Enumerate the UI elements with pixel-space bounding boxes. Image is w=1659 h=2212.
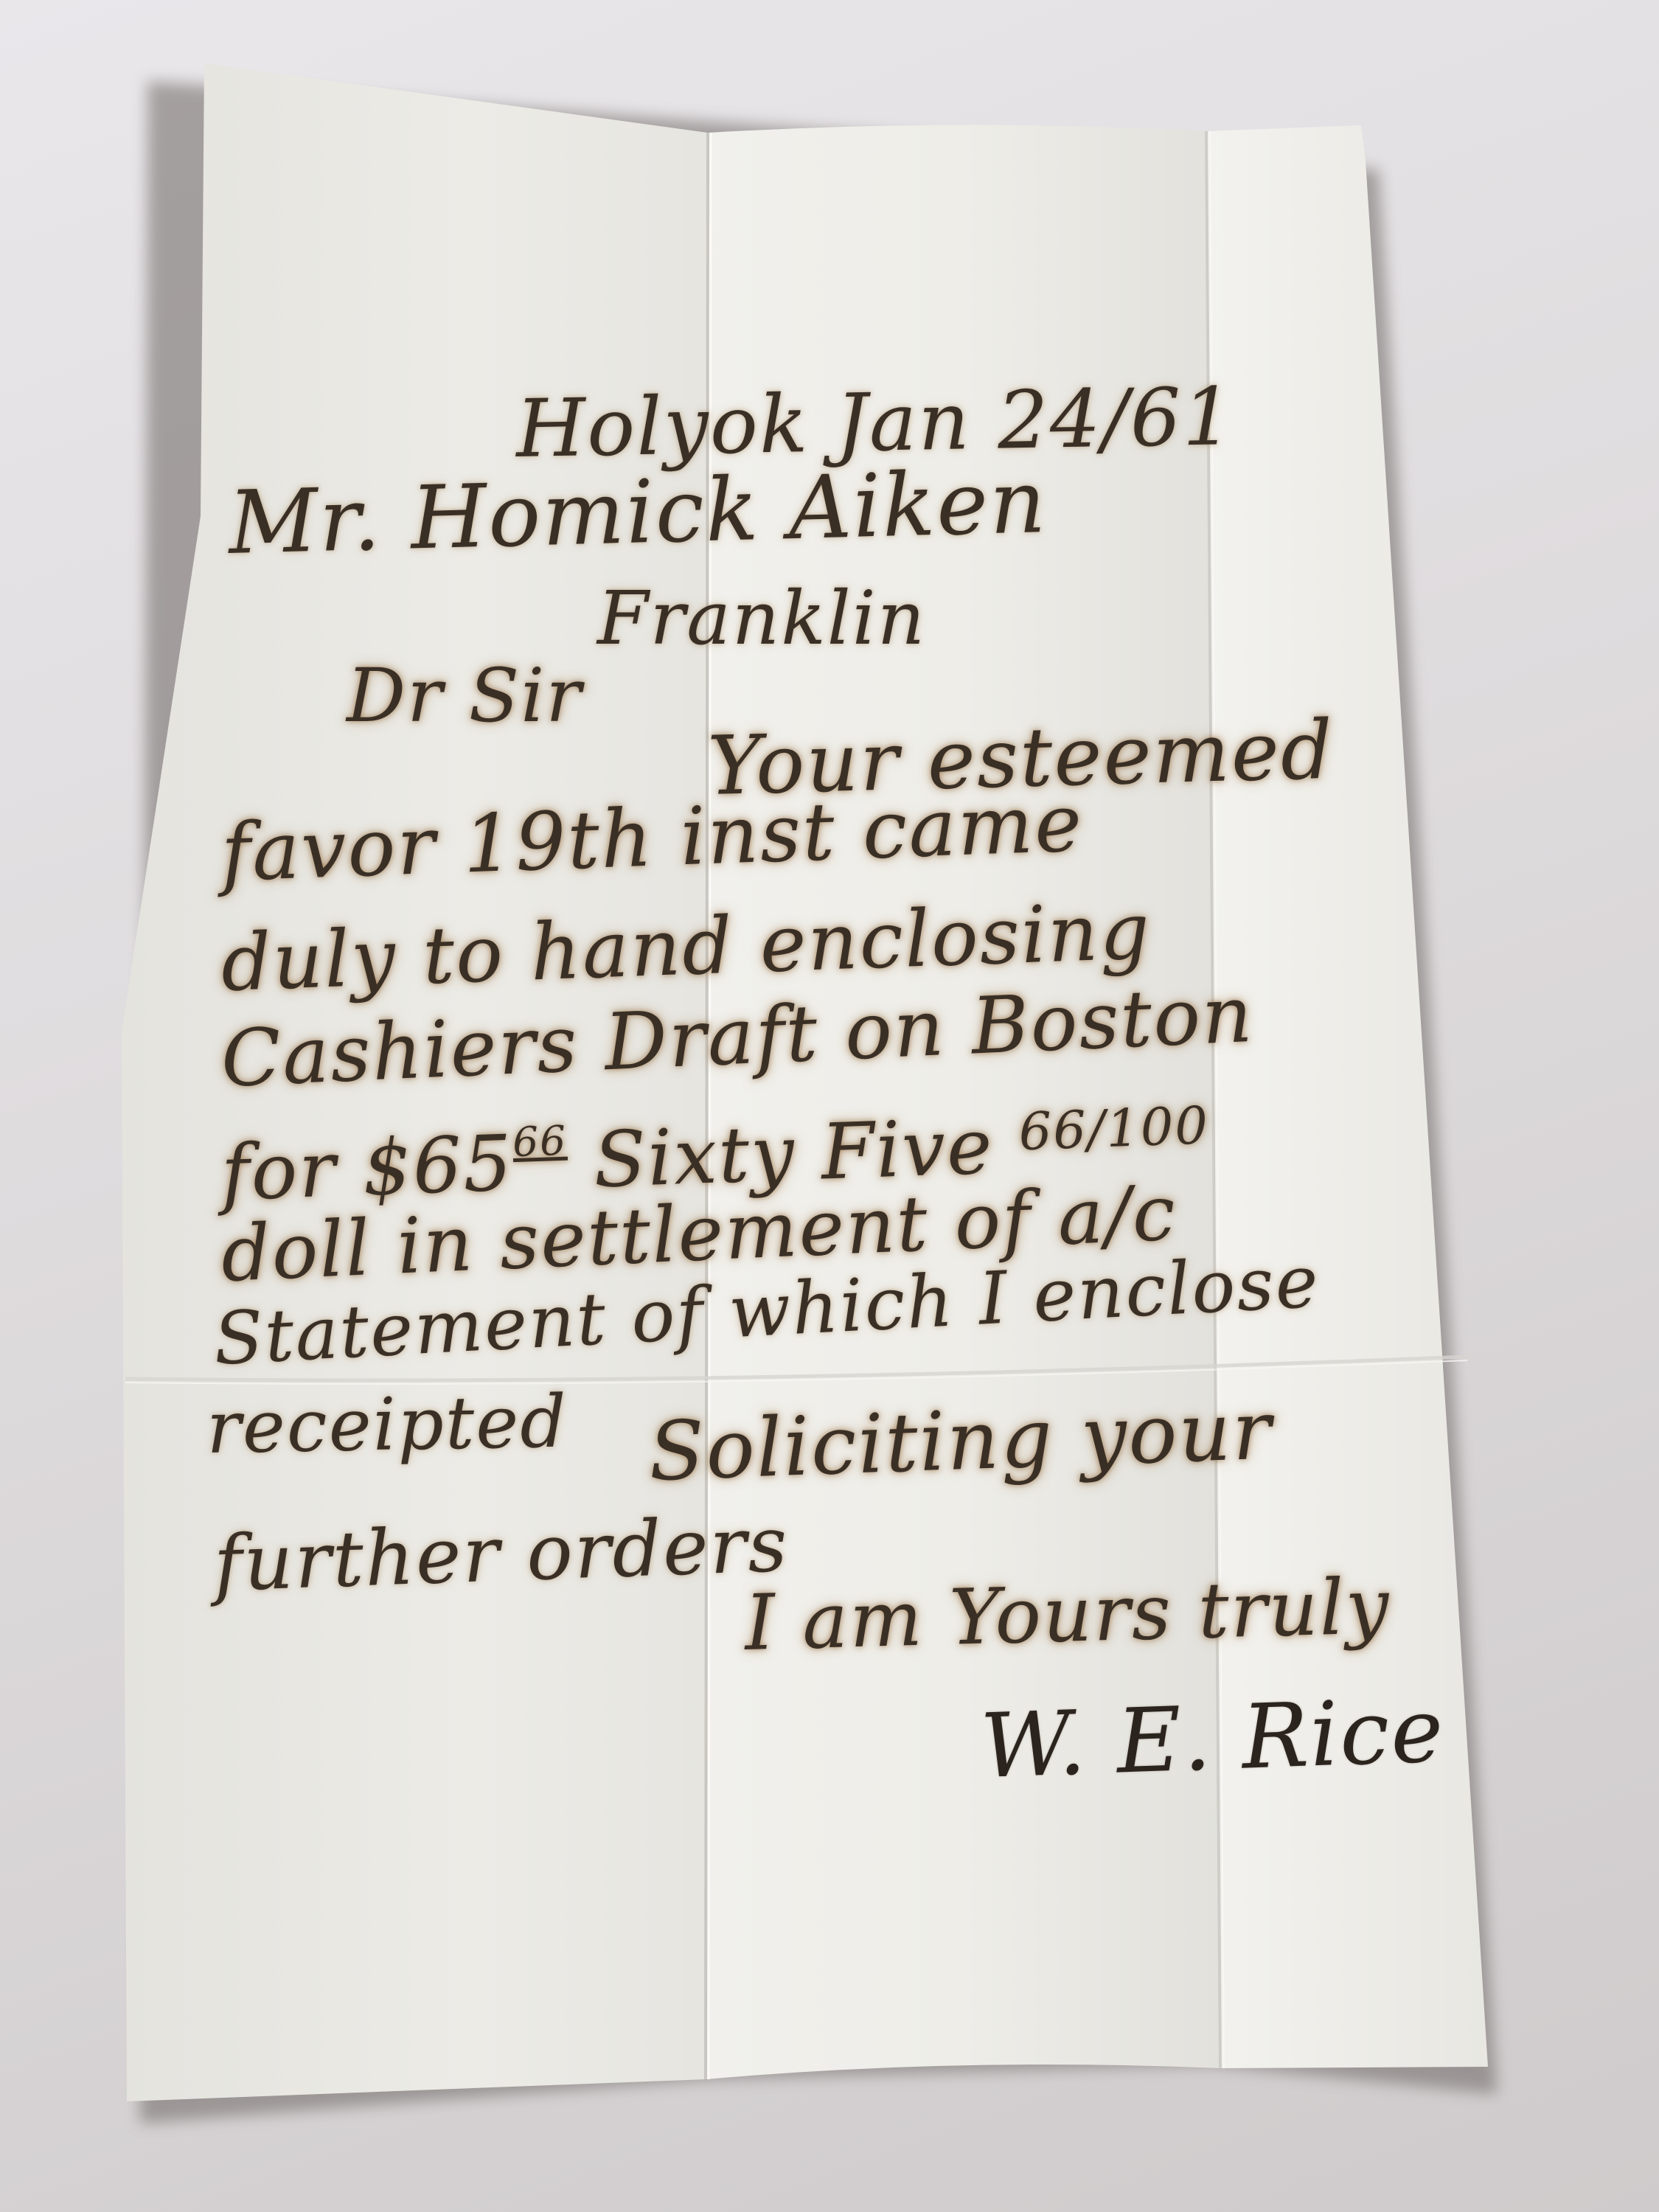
letter-photo: Holyok Jan 24/61 Mr. Homick Aiken Frankl… xyxy=(0,0,1659,2212)
body-line-8: receipted xyxy=(206,1380,568,1470)
amount-cents: 66 xyxy=(512,1117,568,1166)
recipient-town: Franklin xyxy=(597,575,926,661)
recipient-name: Mr. Homick Aiken xyxy=(227,451,1048,574)
signature: W. E. Rice xyxy=(979,1680,1447,1798)
salutation: Dr Sir xyxy=(347,653,582,739)
amount-fraction: 66/100 xyxy=(1018,1095,1210,1162)
closing: I am Yours truly xyxy=(743,1561,1391,1668)
folded-paper-sheet xyxy=(0,0,1659,2212)
